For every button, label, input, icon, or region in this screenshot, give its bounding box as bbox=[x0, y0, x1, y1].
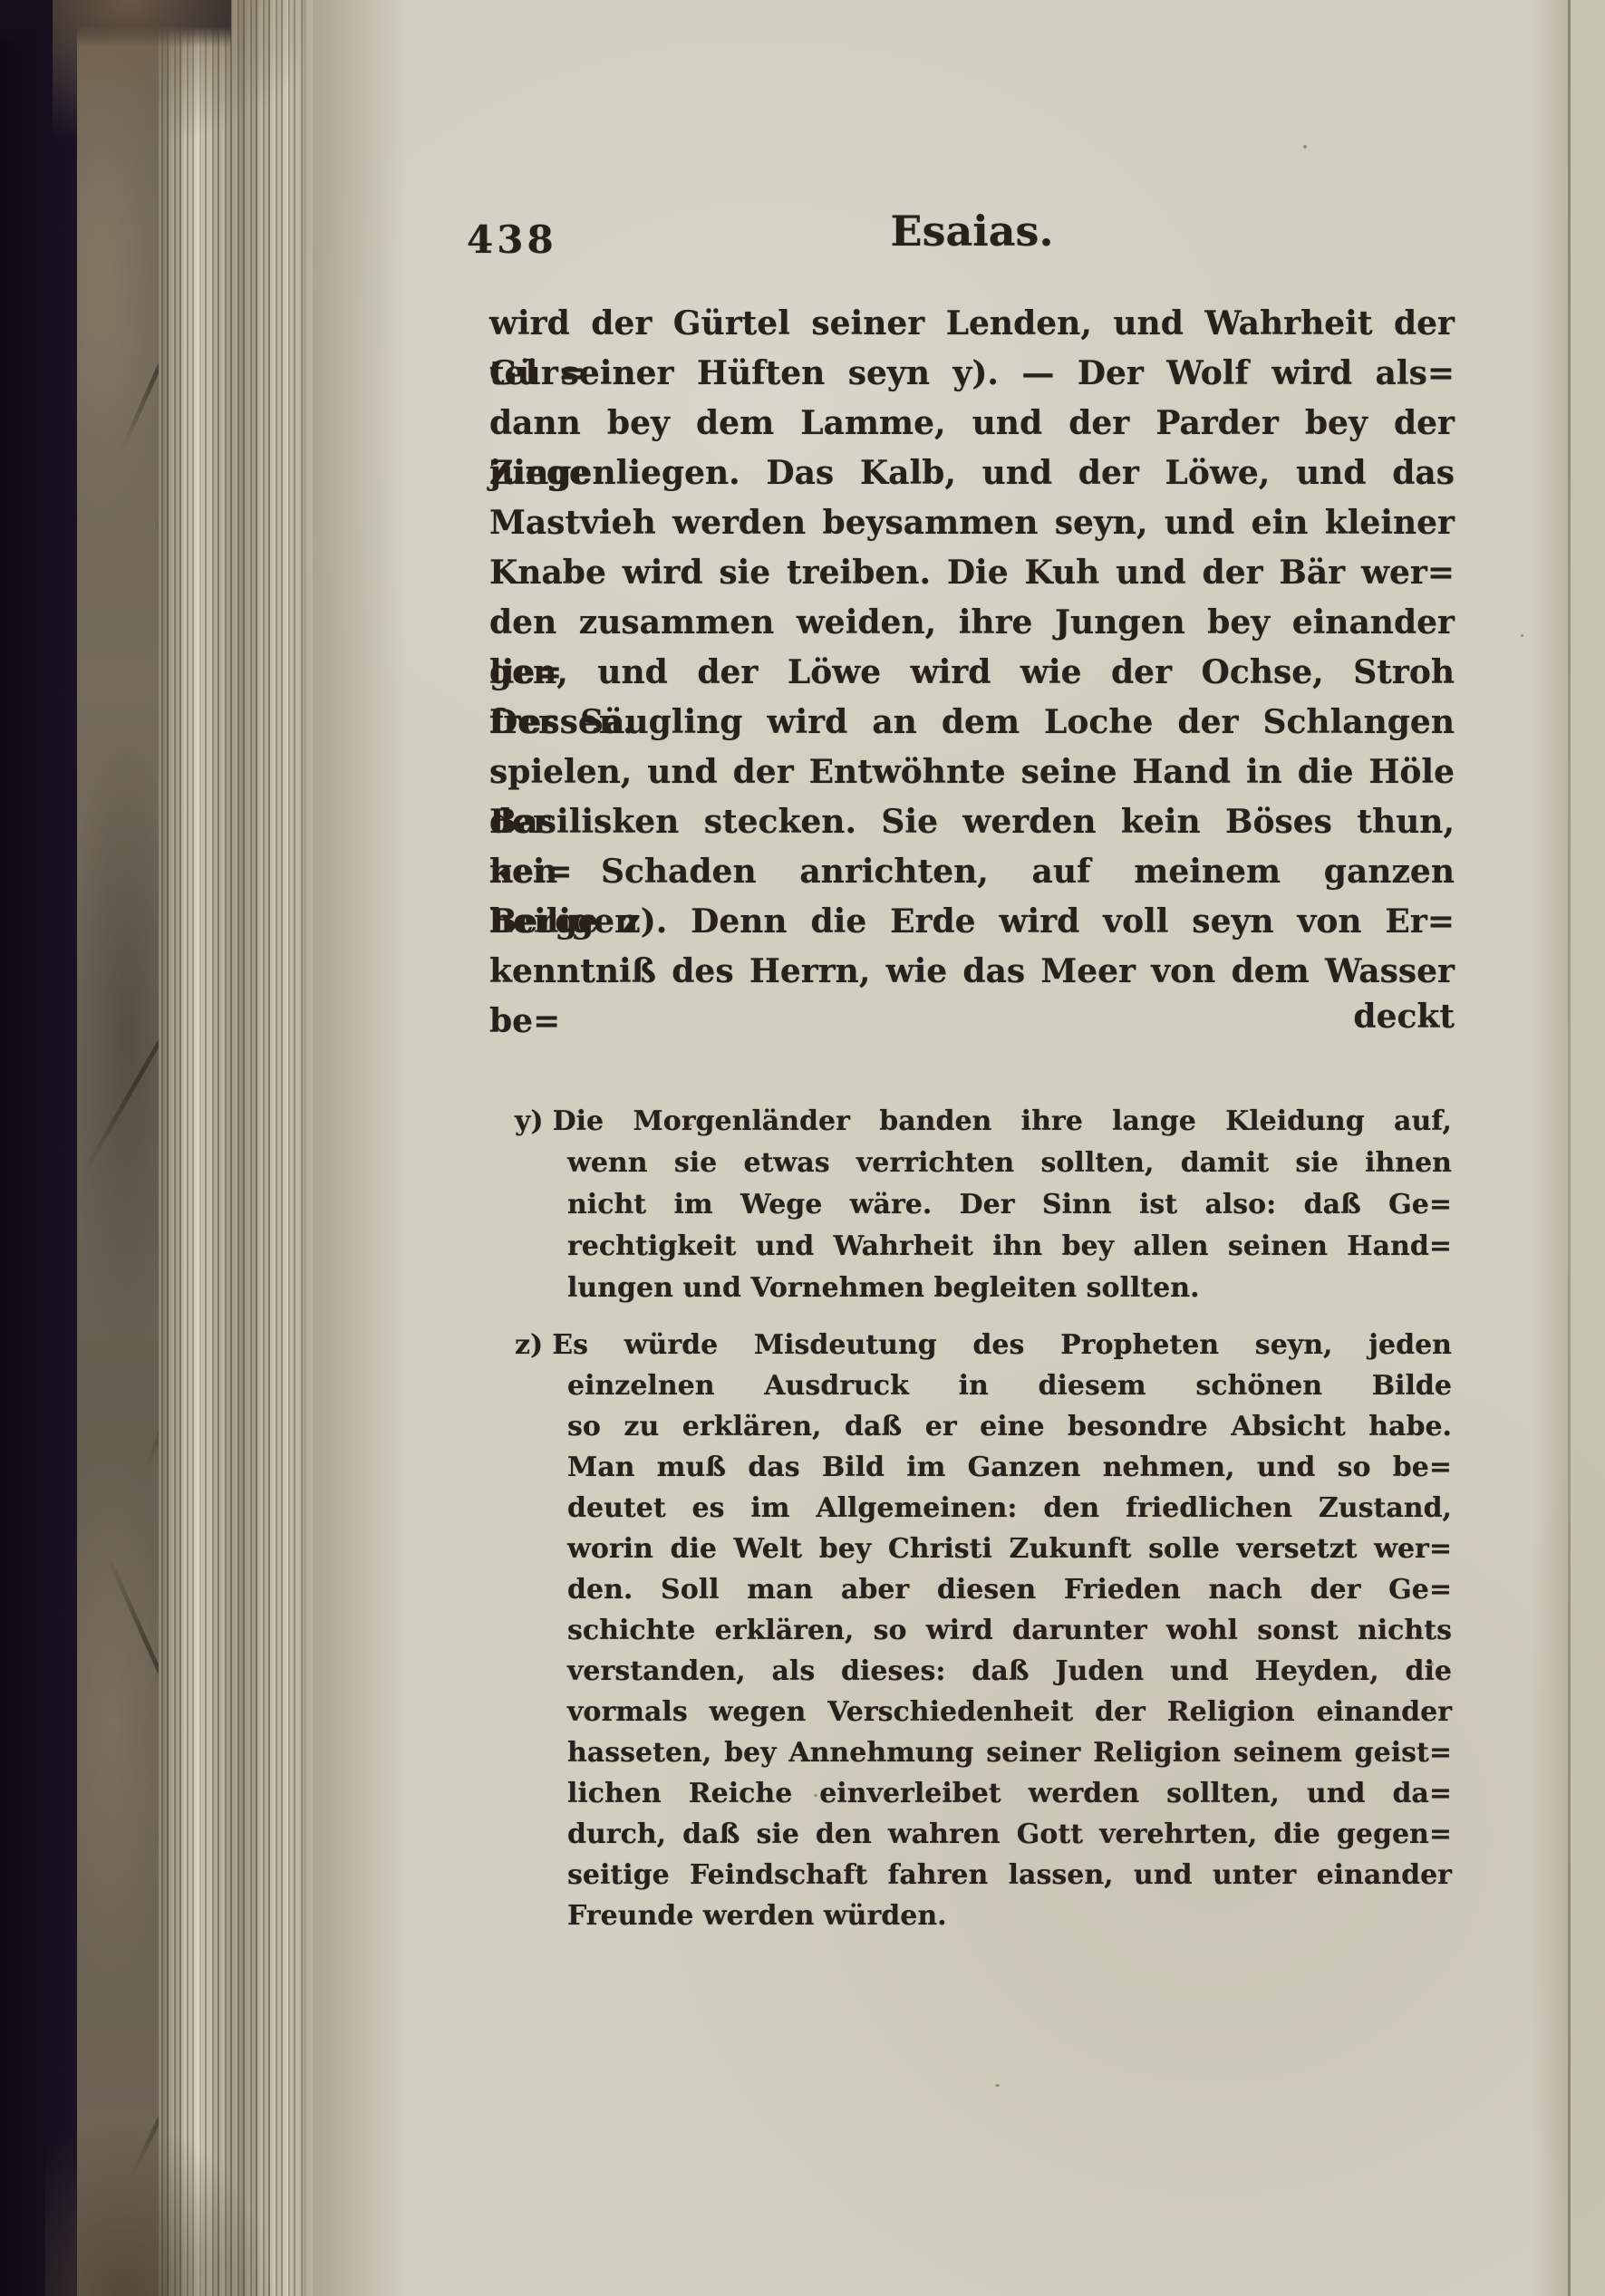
text-line: kenntniß des Herrn, wie das Meer von dem… bbox=[489, 947, 1455, 997]
footnote-text: Die Morgenländer banden ihre lange Kleid… bbox=[553, 1105, 1452, 1137]
footnote-marker: z) bbox=[515, 1329, 552, 1361]
footnote-line: lungen und Vornehmen begleiten sollten. bbox=[515, 1268, 1452, 1309]
next-page-sliver bbox=[1571, 0, 1605, 2296]
book-scan: 438 Esaias. wird der Gürtel seiner Lende… bbox=[0, 0, 1605, 2296]
text-line: gen, und der Löwe wird wie der Ochse, St… bbox=[489, 648, 1455, 698]
footnote-line: hasseten, bey Annehmung seiner Religion … bbox=[515, 1732, 1452, 1773]
footnote-line: wenn sie etwas verrichten sollten, damit… bbox=[515, 1143, 1452, 1184]
text-line: tel seiner Hüften seyn y). — Der Wolf wi… bbox=[489, 349, 1455, 399]
footnote-line: so zu erklären, daß er eine besondre Abs… bbox=[515, 1406, 1452, 1447]
footnote-line: rechtigkeit und Wahrheit ihn bey allen s… bbox=[515, 1226, 1452, 1268]
footnote-line: nicht im Wege wäre. Der Sinn ist also: d… bbox=[515, 1184, 1452, 1226]
background-left-dark bbox=[0, 0, 80, 2296]
worn-page-corner-top bbox=[53, 0, 324, 145]
footnote-line: vormals wegen Verschiedenheit der Religi… bbox=[515, 1692, 1452, 1732]
paper-speck bbox=[1303, 145, 1307, 149]
book-cover-marbled-edge bbox=[77, 0, 160, 2296]
text-line: Berge z). Denn die Erde wird voll seyn v… bbox=[489, 897, 1455, 947]
footnote-y: y)Die Morgenländer banden ihre lange Kle… bbox=[515, 1101, 1452, 1309]
page-stack-edge bbox=[159, 0, 311, 2296]
text-line: Der Säugling wird an dem Loche der Schla… bbox=[489, 698, 1455, 748]
running-header-title: Esaias. bbox=[489, 207, 1455, 256]
main-text-block: wird der Gürtel seiner Lenden, und Wahrh… bbox=[489, 299, 1455, 997]
text-line: spielen, und der Entwöhnte seine Hand in… bbox=[489, 748, 1455, 797]
footnote-line: y)Die Morgenländer banden ihre lange Kle… bbox=[515, 1101, 1452, 1143]
footnote-line: verstanden, als dieses: daß Juden und He… bbox=[515, 1651, 1452, 1692]
footnote-line: lichen Reiche einverleibet werden sollte… bbox=[515, 1773, 1452, 1814]
paper-speck bbox=[1521, 634, 1523, 637]
text-line: wird der Gürtel seiner Lenden, und Wahrh… bbox=[489, 299, 1455, 349]
text-line: Knabe wird sie treiben. Die Kuh und der … bbox=[489, 548, 1455, 598]
footnote-line: worin die Welt bey Christi Zukunft solle… bbox=[515, 1529, 1452, 1569]
text-line: dann bey dem Lamme, und der Parder bey d… bbox=[489, 399, 1455, 449]
footnote-line: seitige Feindschaft fahren lassen, und u… bbox=[515, 1855, 1452, 1896]
footnote-line: Freunde werden würden. bbox=[515, 1896, 1452, 1936]
footnote-z: z)Es würde Misdeutung des Propheten seyn… bbox=[515, 1325, 1452, 1936]
worn-page-corner-bottom bbox=[45, 2124, 272, 2296]
footnote-line: Man muß das Bild im Ganzen nehmen, und s… bbox=[515, 1447, 1452, 1488]
paper-speck bbox=[995, 2084, 1000, 2087]
inner-margin-shadow bbox=[306, 0, 406, 2296]
text-line: Basilisken stecken. Sie werden kein Böse… bbox=[489, 797, 1455, 847]
text-line: den zusammen weiden, ihre Jungen bey ein… bbox=[489, 598, 1455, 648]
footnote-line: deutet es im Allgemeinen: den friedliche… bbox=[515, 1488, 1452, 1529]
footnote-line: einzelnen Ausdruck in diesem schönen Bil… bbox=[515, 1365, 1452, 1406]
text-line: nen Schaden anrichten, auf meinem ganzen… bbox=[489, 847, 1455, 897]
footnote-marker: y) bbox=[515, 1105, 553, 1137]
text-line: Ziege liegen. Das Kalb, und der Löwe, un… bbox=[489, 449, 1455, 498]
footnote-line: durch, daß sie den wahren Gott verehrten… bbox=[515, 1814, 1452, 1855]
footnote-line: schichte erklären, so wird darunter wohl… bbox=[515, 1610, 1452, 1651]
footnote-line: den. Soll man aber diesen Frieden nach d… bbox=[515, 1569, 1452, 1610]
gutter-shadow bbox=[1532, 0, 1568, 2296]
text-line: Mastvieh werden beysammen seyn, und ein … bbox=[489, 498, 1455, 548]
footnote-text: Es würde Misdeutung des Propheten seyn, … bbox=[552, 1329, 1452, 1361]
footnote-line: z)Es würde Misdeutung des Propheten seyn… bbox=[515, 1325, 1452, 1365]
catchword: deckt bbox=[489, 992, 1455, 1042]
